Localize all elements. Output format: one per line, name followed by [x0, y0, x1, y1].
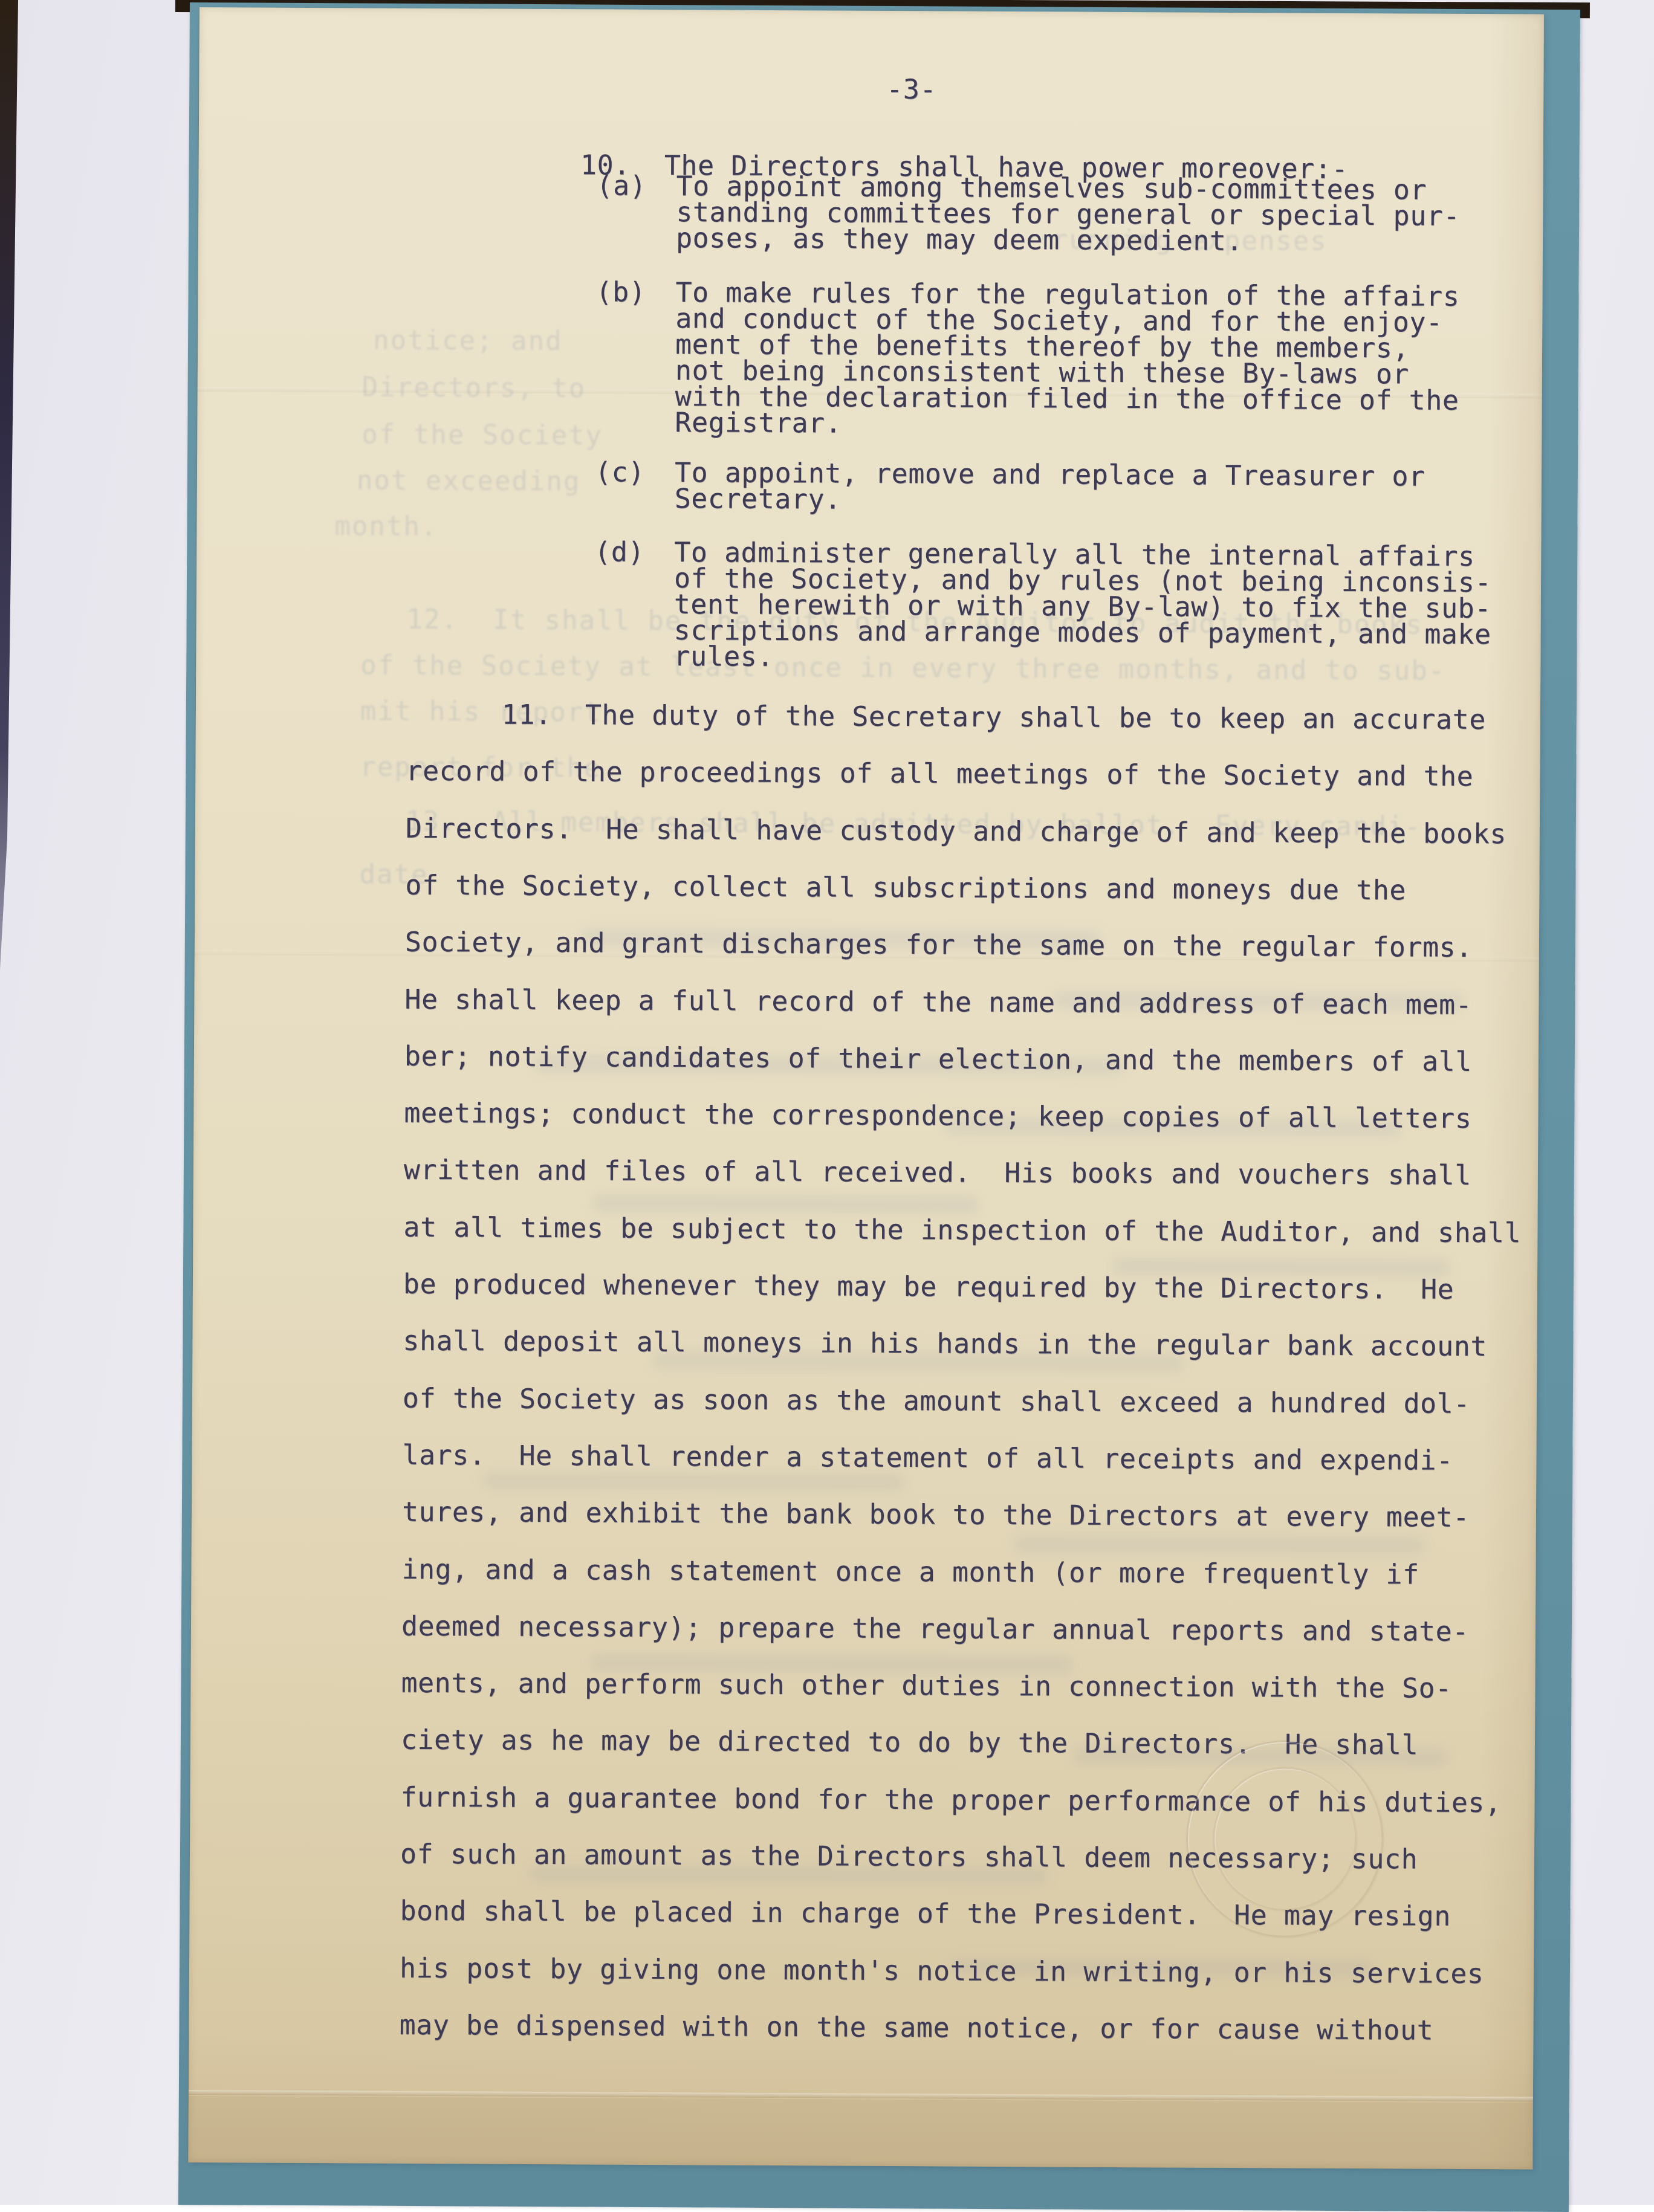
typed-line: Registrar. — [675, 409, 842, 436]
typed-line: rules. — [673, 643, 774, 670]
showthrough-smudge — [482, 1471, 905, 1492]
typed-line: may be dispensed with on the same notice… — [399, 2012, 1433, 2043]
typed-line: his post by giving one month's notice in… — [400, 1955, 1484, 1987]
typed-line: of the Society as soon as the amount sha… — [403, 1385, 1470, 1417]
typed-line: be produced whenever they may be require… — [403, 1271, 1455, 1302]
subitem-c-label: (c) — [595, 459, 645, 485]
page-number: -3- — [886, 76, 936, 102]
typed-line: scriptions and arrange modes of payment,… — [674, 617, 1491, 647]
typed-line: tures, and exhibit the bank book to the … — [402, 1499, 1470, 1530]
ghost-text-line: month. — [334, 511, 438, 542]
bottom-fold-shading — [188, 2096, 1533, 2170]
ghost-text-line: of the Society at least once in every th… — [360, 650, 1445, 686]
ghost-text-line: notice; and — [373, 325, 563, 357]
typed-line: record of the proceedings of all meeting… — [406, 758, 1473, 789]
typed-line: Directors. He shall have custody and cha… — [406, 815, 1506, 847]
ghost-text-line: of the Society — [362, 419, 603, 451]
typed-line: meetings; conduct the correspondence; ke… — [404, 1100, 1471, 1131]
subitem-b-label: (b) — [595, 279, 646, 305]
showthrough-smudge — [1014, 1534, 1425, 1555]
typed-line: lars. He shall render a statement of all… — [402, 1442, 1453, 1473]
document-page: running expensesnotice; andDirectors, to… — [188, 7, 1544, 2170]
typed-line: ber; notify candidates of their election… — [404, 1043, 1472, 1075]
ghost-text-line: not exceeding — [357, 465, 581, 497]
typed-line: at all times be subject to the inspectio… — [403, 1214, 1521, 1246]
typed-line: ments, and perform such other duties in … — [401, 1670, 1452, 1701]
showthrough-smudge — [592, 1194, 979, 1214]
typed-line: ing, and a cash statement once a month (… — [401, 1556, 1419, 1588]
ghost-text-line: Directors, to — [362, 372, 586, 404]
typed-line: deemed necessary); prepare the regular a… — [401, 1613, 1469, 1644]
typed-line: written and files of all received. His b… — [404, 1157, 1471, 1188]
typed-line: of the Society, collect all subscription… — [405, 872, 1406, 904]
typed-line: shall deposit all moneys in his hands in… — [403, 1328, 1487, 1359]
typed-line: Secretary. — [675, 485, 842, 512]
typed-line: Society, and grant discharges for the sa… — [405, 929, 1473, 960]
subitem-d-label: (d) — [594, 538, 644, 564]
embossed-seal-inner-ring — [1213, 1767, 1357, 1911]
typed-line: 11. The duty of the Secretary shall be t… — [502, 702, 1486, 733]
typed-line: He shall keep a full record of the name … — [404, 986, 1472, 1018]
subitem-a-label: (a) — [596, 172, 646, 198]
typed-line: poses, as they may deem expedient. — [676, 225, 1243, 254]
page-edge-shadow — [1478, 14, 1544, 2169]
